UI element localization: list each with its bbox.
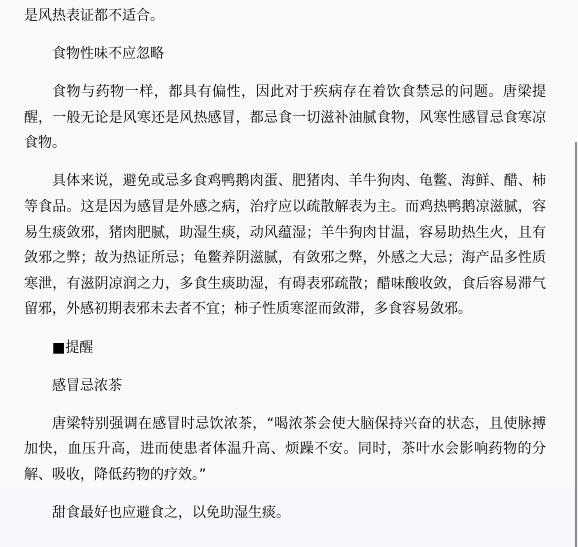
scrollbar-edge[interactable] — [575, 142, 577, 547]
paragraph-sweets: 甜食最好也应避食之，以免助湿生痰。 — [24, 501, 546, 527]
paragraph-strong-tea: 唐梁特别强调在感冒时忌饮浓茶，“喝浓茶会使大脑保持兴奋的状态，且使脉搏加快，血压… — [24, 412, 546, 489]
section-heading-strong-tea: 感冒忌浓茶 — [24, 374, 546, 400]
intro-tail-text: 是风热表证都不适合。 — [24, 4, 546, 30]
paragraph-food-taboo: 食物与药物一样，都具有偏性，因此对于疾病存在着饮食禁忌的问题。唐梁提醒，一般无论… — [24, 80, 546, 157]
section-heading-food-nature: 食物性味不应忽略 — [24, 42, 546, 68]
article-body: 是风热表证都不适合。 食物性味不应忽略 食物与药物一样，都具有偏性，因此对于疾病… — [24, 4, 546, 527]
paragraph-food-details: 具体来说，避免或忌多食鸡鸭鹅肉蛋、肥猪肉、羊牛狗肉、龟鳖、海鲜、醋、柿等食品。这… — [24, 169, 546, 323]
reminder-heading: ■提醒 — [24, 336, 546, 362]
